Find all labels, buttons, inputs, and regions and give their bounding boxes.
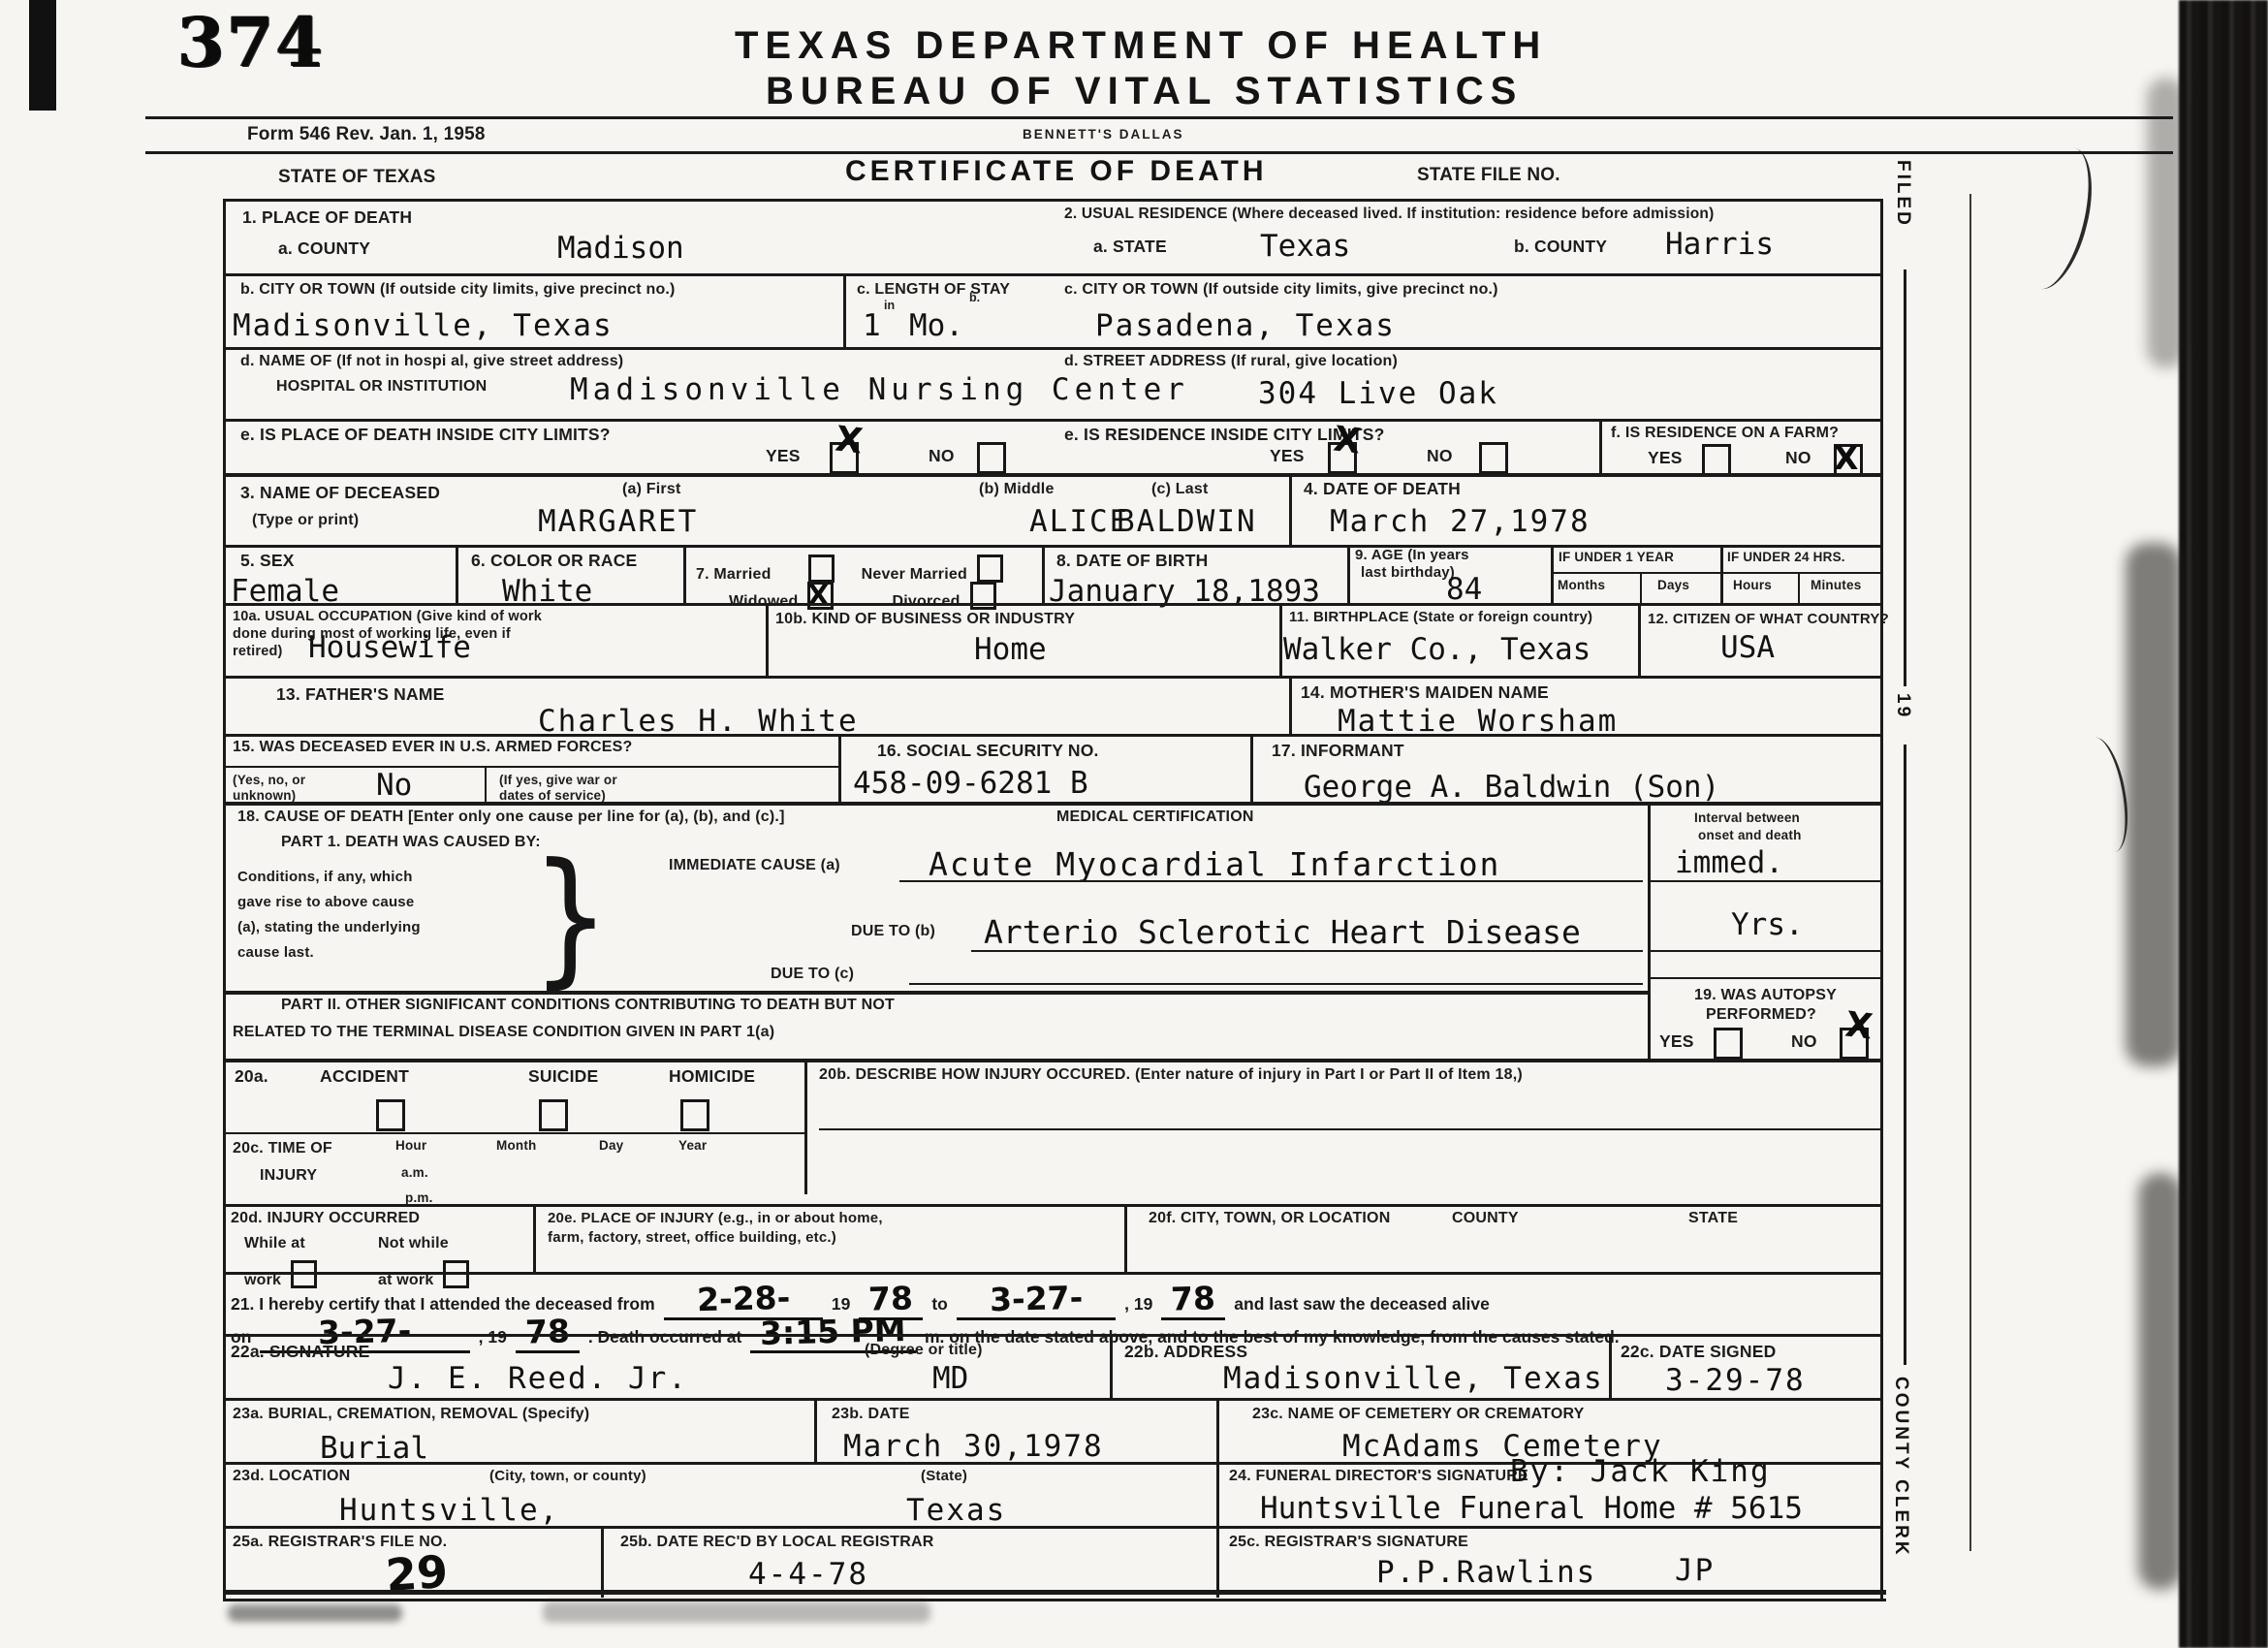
field-1b-label: b. CITY OR TOWN (If outside city limits,… [240, 281, 676, 299]
divider [1551, 545, 1554, 603]
last-name-value: BALDWIN [1117, 504, 1257, 539]
date-signed-value: 3-29-78 [1665, 1363, 1806, 1398]
rule [1648, 977, 1880, 979]
brace-glyph: } [531, 833, 610, 1003]
married-text: 7. Married [696, 566, 772, 583]
hours-label: Hours [1733, 578, 1772, 592]
rule [223, 1334, 1883, 1337]
divider [1216, 1526, 1219, 1598]
funeral-home-value: Huntsville Funeral Home # 5615 [1260, 1491, 1803, 1526]
burial-date-value: March 30,1978 [843, 1429, 1104, 1464]
margin-outer-line [1969, 194, 1971, 1551]
field-22c-label: 22c. DATE SIGNED [1621, 1342, 1776, 1362]
city-town-county-sub: (City, town, or county) [489, 1468, 646, 1484]
divider [1347, 545, 1350, 603]
no-label: NO [929, 446, 955, 466]
scanned-death-certificate: 374 TEXAS DEPARTMENT OF HEALTH BUREAU OF… [0, 0, 2268, 1648]
rule [223, 545, 1883, 548]
filed-year-label: 19 [1892, 693, 1913, 719]
due-to-b-label: DUE TO (b) [851, 923, 935, 940]
part2-label-1: PART II. OTHER SIGNIFICANT CONDITIONS CO… [281, 997, 895, 1014]
rule [1648, 950, 1880, 952]
no-label: NO [1427, 446, 1453, 466]
form-border-right [1880, 199, 1883, 1599]
field-4-label: 4. DATE OF DEATH [1304, 479, 1461, 499]
immediate-cause-value: Acute Myocardial Infarction [929, 845, 1500, 883]
field-15-sub1b: unknown) [233, 788, 296, 803]
rule [223, 603, 1883, 606]
rule [223, 473, 1883, 477]
divider [843, 273, 846, 347]
occupation-value: Housewife [308, 630, 471, 665]
divider [838, 734, 841, 802]
form-border-left [223, 199, 226, 1599]
rule [971, 950, 1643, 952]
field-20c-label-1: 20c. TIME OF [233, 1140, 332, 1157]
divider [814, 1398, 817, 1462]
field-20e-label-1: 20e. PLACE OF INJURY (e.g., in or about … [548, 1210, 883, 1226]
divider [533, 1204, 536, 1272]
immediate-cause-label: IMMEDIATE CAUSE (a) [669, 857, 840, 874]
x-mark: X [1332, 419, 1364, 461]
field-6-label: 6. COLOR OR RACE [471, 551, 637, 571]
registrar-signature: P.P.Rawlins [1376, 1555, 1596, 1590]
conditions-note-1: Conditions, if any, which [237, 869, 413, 885]
field-10a-label-1: 10a. USUAL OCCUPATION (Give kind of work [233, 609, 542, 624]
ssn-value: 458-09-6281 B [853, 766, 1088, 801]
x-mark: X [834, 419, 866, 461]
field-19-label-2: PERFORMED? [1706, 1006, 1816, 1024]
agency-title-line1: TEXAS DEPARTMENT OF HEALTH [735, 24, 1547, 68]
while-at-label: While at [244, 1235, 305, 1252]
divider [1216, 1398, 1219, 1462]
minutes-label: Minutes [1811, 578, 1861, 592]
divider [1640, 572, 1642, 603]
informant-value: George A. Baldwin (Son) [1304, 770, 1719, 805]
field-25b-label: 25b. DATE REC'D BY LOCAL REGISTRAR [620, 1534, 934, 1551]
never-married-text: Never Married [862, 566, 967, 583]
registrar-title: JP [1675, 1553, 1715, 1588]
part2-label-2: RELATED TO THE TERMINAL DISEASE CONDITIO… [233, 1024, 774, 1041]
field-11-label: 11. BIRTHPLACE (State or foreign country… [1289, 609, 1592, 625]
first-name-label: (a) First [622, 481, 680, 498]
under-24-hrs-label: IF UNDER 24 HRS. [1727, 550, 1845, 564]
state-of-texas-label: STATE OF TEXAS [278, 167, 436, 188]
yes-label: YES [1270, 446, 1305, 466]
burial-value: Burial [320, 1431, 428, 1466]
divider [766, 603, 769, 676]
rule [223, 1398, 1883, 1401]
field-20b-label: 20b. DESCRIBE HOW INJURY OCCURED. (Enter… [819, 1066, 1523, 1084]
handwritten-on-year: 78 [524, 1312, 570, 1350]
field-2c-label: c. CITY OR TOWN (If outside city limits,… [1064, 281, 1498, 299]
homicide-label: HOMICIDE [669, 1066, 755, 1087]
divider [1638, 603, 1641, 676]
field-2b-label: b. COUNTY [1514, 237, 1607, 257]
day-label: Day [599, 1138, 623, 1153]
certificate-number-stamp: 374 [177, 2, 325, 82]
checkbox-accident [376, 1099, 405, 1131]
cert-on-year: 78 [516, 1313, 580, 1353]
field-2d-value: 304 Live Oak [1258, 376, 1498, 411]
degree-value: MD [932, 1361, 968, 1396]
cert-text-1a: 21. I hereby certify that I attended the… [231, 1294, 655, 1315]
field-23d-label: 23d. LOCATION [233, 1468, 350, 1485]
under-1-year-label: IF UNDER 1 YEAR [1559, 550, 1674, 564]
scan-smudge [543, 1601, 930, 1623]
field-2a-label: a. STATE [1093, 237, 1167, 257]
accident-label: ACCIDENT [320, 1066, 409, 1087]
funeral-director-by: By: Jack King [1510, 1454, 1771, 1489]
divider [1042, 545, 1045, 603]
field-23a-label: 23a. BURIAL, CREMATION, REMOVAL (Specify… [233, 1406, 589, 1423]
checkbox-farm-yes [1702, 444, 1731, 476]
divider [1250, 734, 1253, 802]
field-15-label: 15. WAS DECEASED EVER IN U.S. ARMED FORC… [233, 739, 633, 756]
form-border-top [223, 199, 1883, 202]
burial-location-state: Texas [906, 1493, 1006, 1528]
divider [1599, 419, 1602, 473]
year-label: Year [678, 1138, 707, 1153]
divider [601, 1526, 604, 1598]
field-25c-label: 25c. REGISTRAR'S SIGNATURE [1229, 1534, 1468, 1551]
no-label: NO [1791, 1031, 1817, 1052]
field-18-label: 18. CAUSE OF DEATH [Enter only one cause… [237, 808, 785, 826]
interval-a-value: immed. [1675, 845, 1783, 880]
rule [145, 151, 2173, 154]
physician-address: Madisonville, Texas [1223, 1361, 1604, 1396]
field-2-label: 2. USUAL RESIDENCE (Where deceased lived… [1064, 206, 1714, 223]
field-23c-label: 23c. NAME OF CEMETERY OR CREMATORY [1252, 1406, 1585, 1423]
rule [223, 419, 1883, 422]
rule [1551, 572, 1880, 574]
divider [1648, 802, 1651, 1059]
rule [819, 1128, 1880, 1130]
filed-line-2 [1904, 745, 1906, 1365]
field-8-label: 8. DATE OF BIRTH [1056, 551, 1209, 571]
citizen-value: USA [1720, 630, 1775, 665]
field-15-sub2b: dates of service) [499, 788, 606, 803]
divider [456, 545, 458, 603]
divider [1720, 545, 1723, 603]
date-of-death-value: March 27,1978 [1330, 504, 1591, 539]
widowed-label: WidowedXDivorced [729, 582, 996, 611]
field-2c-value: Pasadena, Texas [1095, 308, 1396, 343]
checkbox-suicide [539, 1099, 568, 1131]
checkbox-autopsy-yes [1714, 1028, 1743, 1060]
widowed-text: Widowed [729, 593, 798, 610]
divider [1289, 473, 1292, 545]
county-clerk-label: COUNTY CLERK [1890, 1377, 1911, 1558]
cert-19b: , 19 [1124, 1294, 1152, 1315]
field-1c-value-2: Mo. [909, 308, 963, 343]
scan-edge-mark [29, 0, 56, 111]
scan-blotch [2126, 543, 2182, 1066]
field-10a-label-3: retired) [233, 644, 283, 659]
yes-label: YES [1659, 1031, 1694, 1052]
field-2f-label: f. IS RESIDENCE ON A FARM? [1611, 425, 1839, 442]
age-value: 84 [1446, 572, 1482, 607]
rule [223, 347, 1883, 350]
middle-name-value: ALICE [1029, 504, 1129, 539]
pm-label: p.m. [405, 1190, 433, 1205]
cert-text-1b: and last saw the deceased alive [1234, 1294, 1490, 1315]
yes-label: YES [1648, 448, 1683, 468]
x-mark: X [1834, 439, 1858, 477]
month-label: Month [496, 1138, 536, 1153]
divider [1798, 572, 1800, 603]
field-2b-value: Harris [1665, 227, 1774, 262]
filed-label: FILED [1892, 160, 1913, 228]
degree-label: (Degree or title) [865, 1342, 983, 1359]
rule [223, 766, 838, 768]
field-19-label-1: 19. WAS AUTOPSY [1694, 987, 1837, 1004]
rule [223, 1132, 804, 1134]
field-9-label-2: last birthday) [1361, 564, 1455, 581]
checkbox-homicide [680, 1099, 709, 1131]
checkbox-res-city-limits-no [1479, 442, 1508, 474]
field-1e-label: e. IS PLACE OF DEATH INSIDE CITY LIMITS? [240, 425, 611, 445]
divider [683, 545, 686, 603]
scanner-dark-band [2179, 0, 2268, 1648]
field-2a-value: Texas [1260, 229, 1350, 264]
conditions-note-3: (a), stating the underlying [237, 919, 421, 935]
checkbox-never-married [977, 555, 1003, 583]
rule [1648, 880, 1880, 882]
divider [1609, 1334, 1612, 1398]
printer-mark: BENNETT'S DALLAS [1023, 127, 1183, 142]
checkbox-death-city-limits-no [977, 442, 1006, 474]
rule [223, 1204, 1883, 1207]
scan-smudge [228, 1604, 402, 1622]
field-1c-value-1: 1 [863, 308, 881, 343]
cert-text-2b: m. on the date stated above, and to the … [925, 1327, 1620, 1347]
x-mark: X [807, 579, 829, 611]
rule [145, 116, 2173, 119]
field-1c-label: c. LENGTH OF STAY [857, 281, 1010, 299]
county-label: COUNTY [1452, 1210, 1519, 1227]
field-3-sub: (Type or print) [252, 512, 359, 529]
field-1b-value: Madisonville, Texas [233, 308, 614, 343]
divider [485, 766, 487, 802]
scan-blotch [2147, 78, 2186, 368]
field-9-label-1: 9. AGE (In years [1355, 547, 1469, 563]
armed-forces-value: No [376, 768, 412, 803]
field-23b-label: 23b. DATE [832, 1406, 910, 1423]
yes-label: YES [766, 446, 801, 466]
first-name-value: MARGARET [538, 504, 698, 539]
field-2d-label: d. STREET ADDRESS (If rural, give locati… [1064, 353, 1398, 370]
field-20a-label: 20a. [235, 1066, 268, 1087]
scan-blotch [2138, 1173, 2183, 1590]
checkbox-autopsy-no: X [1840, 1028, 1869, 1060]
due-to-c-label: DUE TO (c) [771, 966, 854, 983]
birthplace-value: Walker Co., Texas [1283, 632, 1591, 667]
business-value: Home [974, 632, 1047, 667]
field-10b-label: 10b. KIND OF BUSINESS OR INDUSTRY [775, 611, 1075, 628]
state-file-no-label: STATE FILE NO. [1417, 165, 1560, 186]
state-label: STATE [1688, 1210, 1738, 1227]
no-label: NO [1785, 448, 1811, 468]
months-label: Months [1558, 578, 1605, 592]
cert-19c: , 19 [479, 1327, 507, 1347]
suicide-label: SUICIDE [528, 1066, 598, 1087]
field-15-sub2a: (If yes, give war or [499, 773, 617, 787]
field-1-label: 1. PLACE OF DEATH [242, 207, 412, 228]
form-number: Form 546 Rev. Jan. 1, 1958 [247, 124, 486, 145]
divider [1110, 1334, 1113, 1398]
field-17-label: 17. INFORMANT [1272, 741, 1404, 761]
certificate-title: CERTIFICATE OF DEATH [845, 155, 1268, 188]
divorced-text: Divorced [892, 593, 960, 610]
x-mark: X [1843, 1004, 1875, 1047]
divider [1289, 676, 1292, 734]
divider [1279, 603, 1282, 676]
field-22b-label: 22b. ADDRESS [1124, 1342, 1247, 1362]
field-15-sub1a: (Yes, no, or [233, 773, 305, 787]
filed-line [1904, 269, 1906, 686]
divider [804, 1059, 807, 1194]
divider [1124, 1204, 1127, 1272]
am-label: a.m. [401, 1165, 428, 1180]
field-1a-label: a. COUNTY [278, 238, 370, 259]
field-16-label: 16. SOCIAL SECURITY NO. [877, 741, 1099, 761]
rule [223, 802, 1883, 806]
field-1d-value: Madisonville Nursing Center [570, 372, 1189, 407]
rule [223, 734, 1883, 737]
rule [223, 991, 1648, 995]
field-1c-artifact-in: in [884, 299, 895, 312]
hour-label: Hour [395, 1138, 426, 1153]
rule [223, 1059, 1883, 1062]
medical-certification-label: MEDICAL CERTIFICATION [1056, 808, 1254, 826]
field-1c-artifact-b: b. [969, 291, 980, 304]
part1-label: PART 1. DEATH WAS CAUSED BY: [281, 834, 541, 851]
days-label: Days [1657, 578, 1689, 592]
not-while-label: Not while [378, 1235, 449, 1252]
pen-mark [2009, 140, 2104, 296]
field-24-label: 24. FUNERAL DIRECTOR'S SIGNATURE [1229, 1468, 1528, 1485]
married-label: 7. MarriedNever Married [696, 555, 1003, 584]
rule [223, 1272, 1883, 1275]
rule [909, 983, 1643, 985]
field-20f-label: 20f. CITY, TOWN, OR LOCATION [1149, 1210, 1390, 1227]
form-border-bottom [223, 1590, 1886, 1595]
physician-signature: J. E. Reed. Jr. [388, 1361, 688, 1396]
form-border-bottom-2 [223, 1599, 1886, 1601]
field-3-label: 3. NAME OF DECEASED [240, 483, 440, 503]
field-20c-label-2: INJURY [260, 1167, 317, 1185]
cert-to: to [931, 1294, 948, 1315]
field-1a-value: Madison [557, 231, 684, 266]
interval-header-2: onset and death [1698, 828, 1802, 842]
checkbox-res-city-limits-yes: X [1328, 442, 1357, 474]
middle-name-label: (b) Middle [979, 481, 1055, 498]
checkbox-farm-no: X [1834, 444, 1863, 476]
state-sub: (State) [921, 1468, 967, 1484]
conditions-note-2: gave rise to above cause [237, 894, 414, 910]
divider [1216, 1462, 1219, 1526]
interval-header-1: Interval between [1694, 810, 1800, 825]
date-received-value: 4-4-78 [748, 1557, 868, 1592]
rule [899, 880, 1643, 882]
rule [223, 676, 1883, 679]
interval-b-value: Yrs. [1731, 907, 1804, 942]
burial-location-city: Huntsville, [339, 1493, 559, 1528]
last-name-label: (c) Last [1151, 481, 1209, 498]
rule [223, 273, 1883, 276]
conditions-note-4: cause last. [237, 944, 314, 961]
field-12-label: 12. CITIZEN OF WHAT COUNTRY? [1648, 611, 1889, 627]
field-20e-label-2: farm, factory, street, office building, … [548, 1229, 836, 1246]
field-1d-label-1: d. NAME OF (If not in hospi al, give str… [240, 353, 623, 370]
field-14-label: 14. MOTHER'S MAIDEN NAME [1301, 682, 1549, 703]
field-13-label: 13. FATHER'S NAME [276, 684, 445, 705]
field-5-label: 5. SEX [240, 551, 295, 571]
due-to-b-value: Arterio Sclerotic Heart Disease [984, 913, 1581, 951]
rule [223, 1526, 1883, 1529]
agency-title-line2: BUREAU OF VITAL STATISTICS [766, 70, 1523, 113]
field-22a-label: 22a. SIGNATURE [231, 1342, 369, 1362]
checkbox-death-city-limits-yes: X [830, 442, 859, 474]
field-20d-label: 20d. INJURY OCCURRED [231, 1210, 420, 1227]
field-1d-label-2: HOSPITAL OR INSTITUTION [276, 378, 487, 396]
cert-text-2a: . Death occurred at [588, 1327, 742, 1347]
